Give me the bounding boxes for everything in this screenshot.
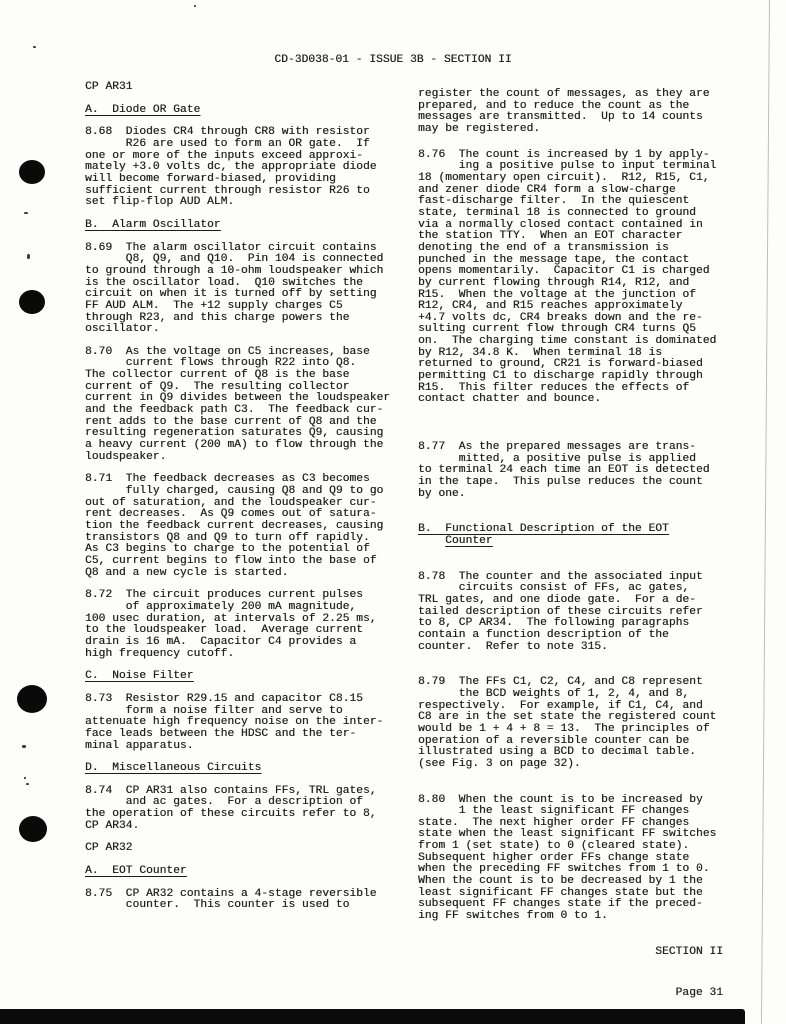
text-line: CP AR32 bbox=[85, 843, 393, 855]
text-line: oscillator. bbox=[85, 324, 393, 336]
para-8-71: 8.71 The feedback decreases as C3 become… bbox=[85, 474, 393, 579]
text-line: loudspeaker. bbox=[85, 452, 393, 464]
text-line: will become forward-biased, providing bbox=[85, 174, 393, 186]
para-8-79: 8.79 The FFs C1, C2, C4, and C8 represen… bbox=[418, 677, 724, 770]
ink-speck bbox=[26, 783, 29, 785]
para-8-80: 8.80 When the count is to be increased b… bbox=[418, 795, 724, 923]
text-line: CP AR31 bbox=[85, 82, 393, 94]
text-line: by one. bbox=[418, 489, 724, 501]
text-line: Q8 and a new cycle is started. bbox=[85, 568, 393, 580]
punch-hole-mark bbox=[17, 685, 47, 713]
para-8-75: 8.75 CP AR32 contains a 4-stage reversib… bbox=[85, 889, 393, 912]
text-line: contain a function description of the bbox=[418, 630, 724, 642]
text-line: TRL gates, and one diode gate. For a de- bbox=[418, 595, 724, 607]
text-line: CP AR34. bbox=[85, 821, 393, 833]
heading-functional-description-eot-counter: B. Functional Description of the EOT Cou… bbox=[418, 524, 724, 547]
para-8-78: 8.78 The counter and the associated inpu… bbox=[418, 572, 724, 654]
text-line: state, terminal 18 is connected to groun… bbox=[418, 208, 724, 220]
para-8-73: 8.73 Resistor R29.15 and capacitor C8.15… bbox=[85, 694, 393, 752]
text-line: C5, current begins to flow into the base… bbox=[85, 556, 393, 568]
text-line: tion the feedback current decreases, cau… bbox=[85, 521, 393, 533]
text-line: 8.73 Resistor R29.15 and capacitor C8.15 bbox=[85, 694, 393, 706]
text-line: 8.77 As the prepared messages are trans- bbox=[418, 442, 724, 454]
text-line: counter. This counter is used to bbox=[85, 900, 393, 912]
text-line: A. EOT Counter bbox=[85, 866, 393, 878]
ink-speck bbox=[33, 46, 36, 48]
text-line: of approximately 200 mA magnitude, bbox=[85, 602, 393, 614]
text-line: contact chatter and bounce. bbox=[418, 394, 724, 406]
scan-bottom-bar bbox=[0, 1009, 745, 1024]
para-8-74: 8.74 CP AR31 also contains FFs, TRL gate… bbox=[85, 786, 393, 833]
para-8-68: 8.68 Diodes CR4 through CR8 with resisto… bbox=[85, 127, 393, 209]
punch-hole-mark bbox=[19, 160, 45, 184]
text-line: When the count is to be decreased by 1 t… bbox=[418, 876, 724, 888]
page-header-title: CD-3D038-01 - ISSUE 3B - SECTION II bbox=[0, 55, 786, 67]
text-line: high frequency cutoff. bbox=[85, 649, 393, 661]
text-line: drain is 16 mA. Capacitor C4 provides a bbox=[85, 637, 393, 649]
para-8-72: 8.72 The circuit produces current pulses… bbox=[85, 590, 393, 660]
document-page: CD-3D038-01 - ISSUE 3B - SECTION II CP A… bbox=[0, 0, 786, 1024]
text-line: the BCD weights of 1, 2, 4, and 8, bbox=[418, 689, 724, 701]
text-line: denoting the end of a transmission is bbox=[418, 243, 724, 255]
punch-hole-mark bbox=[19, 290, 45, 314]
text-line: face leads between the HDSC and the ter- bbox=[85, 729, 393, 741]
column-right: register the count of messages, as they … bbox=[418, 89, 724, 923]
heading-diode-or-gate: A. Diode OR Gate bbox=[85, 105, 393, 117]
text-line: Counter bbox=[418, 536, 724, 548]
text-line: permitting C1 to discharge rapidly throu… bbox=[418, 371, 724, 383]
footer-page-number: Page 31 bbox=[655, 987, 723, 1001]
text-line: counter. Refer to note 315. bbox=[418, 642, 724, 654]
para-8-69: 8.69 The alarm oscillator circuit contai… bbox=[85, 243, 393, 336]
column-left: CP AR31A. Diode OR Gate8.68 Diodes CR4 t… bbox=[85, 82, 393, 912]
text-line: a heavy current (200 mA) to flow through… bbox=[85, 440, 393, 452]
para-8-70: 8.70 As the voltage on C5 increases, bas… bbox=[85, 347, 393, 464]
punch-hole-mark bbox=[19, 816, 47, 842]
text-line: D. Miscellaneous Circuits bbox=[85, 763, 393, 775]
text-line: fully charged, causing Q8 and Q9 to go bbox=[85, 486, 393, 498]
ink-speck bbox=[24, 777, 26, 779]
para-8-77: 8.77 As the prepared messages are trans-… bbox=[418, 442, 724, 500]
ink-speck bbox=[22, 745, 26, 748]
text-line: minal apparatus. bbox=[85, 741, 393, 753]
ink-speck bbox=[194, 5, 196, 7]
text-line: register the count of messages, as they … bbox=[418, 89, 724, 101]
text-line: (see Fig. 3 on page 32). bbox=[418, 759, 724, 771]
text-line: 18 (momentary open circuit). R12, R15, C… bbox=[418, 173, 724, 185]
ink-speck bbox=[24, 212, 28, 214]
text-line: would be 1 + 4 + 8 = 13. The principles … bbox=[418, 724, 724, 736]
footer-section-label: SECTION II bbox=[655, 946, 723, 960]
heading-eot-counter: A. EOT Counter bbox=[85, 866, 393, 878]
text-line: B. Alarm Oscillator bbox=[85, 220, 393, 232]
label-cp-ar32: CP AR32 bbox=[85, 843, 393, 855]
scan-edge-line bbox=[761, 0, 770, 1024]
text-line: set flip-flop AUD ALM. bbox=[85, 197, 393, 209]
text-line: A. Diode OR Gate bbox=[85, 105, 393, 117]
text-line: C. Noise Filter bbox=[85, 671, 393, 683]
label-cp-ar31: CP AR31 bbox=[85, 82, 393, 94]
text-line: and the feedback path C3. The feedback c… bbox=[85, 405, 393, 417]
text-line: may be registered. bbox=[418, 124, 724, 136]
text-line: R26 are used to form an OR gate. If bbox=[85, 139, 393, 151]
text-line: to ground through a 10-ohm loudspeaker w… bbox=[85, 266, 393, 278]
text-line: in the tape. This pulse reduces the coun… bbox=[418, 477, 724, 489]
heading-miscellaneous-circuits: D. Miscellaneous Circuits bbox=[85, 763, 393, 775]
heading-noise-filter: C. Noise Filter bbox=[85, 671, 393, 683]
para-8-76: 8.76 The count is increased by 1 by appl… bbox=[418, 150, 724, 406]
heading-alarm-oscillator: B. Alarm Oscillator bbox=[85, 220, 393, 232]
text-line: FF AUD ALM. The +12 supply charges C5 bbox=[85, 301, 393, 313]
para-8-75-continuation: register the count of messages, as they … bbox=[418, 89, 724, 136]
ink-speck bbox=[27, 254, 30, 259]
text-line: by current flowing through R14, R12, and bbox=[418, 278, 724, 290]
